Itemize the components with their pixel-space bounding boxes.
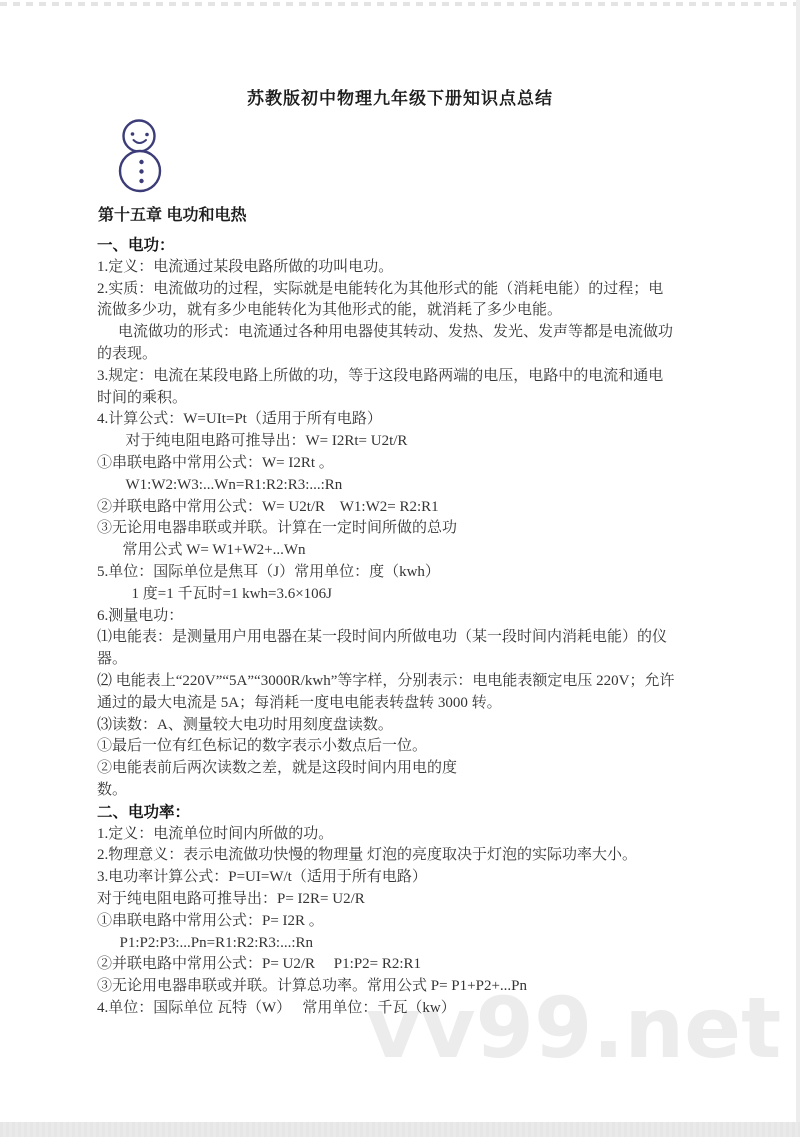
doc-line: 2.实质：电流做功的过程，实际就是电能转化为其他形式的能（消耗电能）的过程；电 bbox=[97, 279, 757, 301]
doc-line: 电流做功的形式：电流通过各种用电器使其转动、发热、发光、发声等都是电流做功 bbox=[97, 322, 757, 344]
doc-line: 3.规定：电流在某段电路上所做的功，等于这段电路两端的电压，电路中的电流和通电 bbox=[97, 366, 757, 388]
doc-line: 的表现。 bbox=[97, 344, 757, 366]
chapter-heading: 第十五章 电功和电热 bbox=[98, 202, 246, 225]
doc-line: 3.电功率计算公式：P=UI=W/t（适用于所有电路） bbox=[97, 867, 757, 889]
doc-line: ①串联电路中常用公式：P= I2R 。 bbox=[97, 911, 757, 933]
doc-line: ③无论用电器串联或并联。计算总功率。常用公式 P= P1+P2+...Pn bbox=[97, 976, 757, 998]
doc-line: ②电能表前后两次读数之差，就是这段时间内用电的度 bbox=[97, 758, 757, 780]
document-page: 苏教版初中物理九年级下册知识点总结 第十五章 电功和电热 vv99.net 一、… bbox=[0, 0, 800, 1137]
doc-line: ②并联电路中常用公式：W= U2t/R W1:W2= R2:R1 bbox=[97, 497, 757, 519]
doc-line: W1:W2:W3:...Wn=R1:R2:R3:...:Rn bbox=[97, 475, 757, 497]
section-heading: 二、电功率： bbox=[97, 802, 757, 824]
doc-line: ⑴电能表：是测量用户用电器在某一段时间内所做电功（某一段时间内消耗电能）的仪 bbox=[97, 627, 757, 649]
doc-line: 时间的乘积。 bbox=[97, 388, 757, 410]
doc-line: ⑶读数：A、测量较大电功时用刻度盘读数。 bbox=[97, 715, 757, 737]
doc-line: 1.定义：电流通过某段电路所做的功叫电功。 bbox=[97, 257, 757, 279]
doc-line: 6.测量电功： bbox=[97, 606, 757, 628]
doc-line: ①串联电路中常用公式：W= I2Rt 。 bbox=[97, 453, 757, 475]
document-body: 一、电功：1.定义：电流通过某段电路所做的功叫电功。2.实质：电流做功的过程，实… bbox=[97, 235, 757, 1020]
doc-line: P1:P2:P3:...Pn=R1:R2:R3:...:Rn bbox=[97, 933, 757, 955]
doc-line: ②并联电路中常用公式：P= U2/R P1:P2= R2:R1 bbox=[97, 954, 757, 976]
doc-line: 2.物理意义：表示电流做功快慢的物理量 灯泡的亮度取决于灯泡的实际功率大小。 bbox=[97, 845, 757, 867]
doc-line: ③无论用电器串联或并联。计算在一定时间所做的总功 bbox=[97, 518, 757, 540]
doc-line: 对于纯电阻电路可推导出：W= I2Rt= U2t/R bbox=[97, 431, 757, 453]
snowman-icon bbox=[110, 110, 170, 204]
doc-line: 通过的最大电流是 5A；每消耗一度电电能表转盘转 3000 转。 bbox=[97, 693, 757, 715]
page-bottom-strip bbox=[0, 1122, 800, 1137]
doc-line: ⑵ 电能表上“220V”“5A”“3000R/kwh”等字样，分别表示：电电能表… bbox=[97, 671, 757, 693]
doc-line: ①最后一位有红色标记的数字表示小数点后一位。 bbox=[97, 736, 757, 758]
page-top-edge bbox=[0, 2, 800, 6]
doc-line: 器。 bbox=[97, 649, 757, 671]
doc-line: 5.单位：国际单位是焦耳（J）常用单位：度（kwh） bbox=[97, 562, 757, 584]
doc-line: 数。 bbox=[97, 780, 757, 802]
doc-line: 1 度=1 千瓦时=1 kwh=3.6×106J bbox=[97, 584, 757, 606]
doc-line: 1.定义：电流单位时间内所做的功。 bbox=[97, 824, 757, 846]
doc-line: 流做多少功，就有多少电能转化为其他形式的能，就消耗了多少电能。 bbox=[97, 300, 757, 322]
document-title: 苏教版初中物理九年级下册知识点总结 bbox=[0, 84, 800, 109]
doc-line: 对于纯电阻电路可推导出：P= I2R= U2/R bbox=[97, 889, 757, 911]
doc-line: 4.单位：国际单位 瓦特（W） 常用单位：千瓦（kw） bbox=[97, 998, 757, 1020]
doc-line: 4.计算公式：W=UIt=Pt（适用于所有电路） bbox=[97, 409, 757, 431]
page-right-edge bbox=[796, 0, 800, 1122]
section-heading: 一、电功： bbox=[97, 235, 757, 257]
doc-line: 常用公式 W= W1+W2+...Wn bbox=[97, 540, 757, 562]
